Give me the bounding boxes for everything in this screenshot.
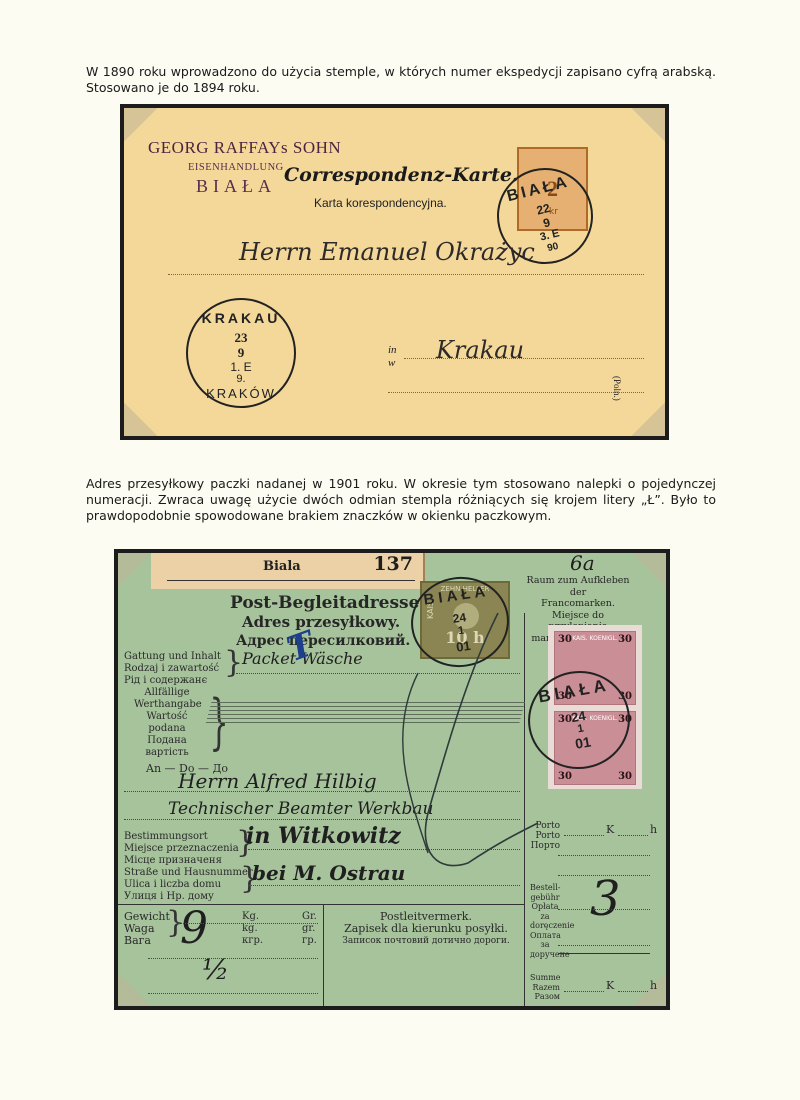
weight-handwriting: 9 <box>180 903 208 954</box>
w-label: w <box>388 357 397 370</box>
pencil-note: 6a <box>570 553 595 575</box>
unit-line: гр. <box>302 935 317 947</box>
label-line: Місце призначеня <box>124 855 239 867</box>
stamp-value: 30 <box>618 771 632 782</box>
currency-h: h <box>650 979 657 992</box>
brace: } <box>224 645 243 680</box>
address-line <box>168 274 644 275</box>
sum-rule <box>558 953 650 954</box>
unit-line: kg. <box>242 923 263 935</box>
parcel-card-mount: Biala 137 Post-Begleitadresse. Adres prz… <box>114 549 670 1010</box>
correspondence-postcard: GEORG RAFFAYs SOHN EISENHANDLUNG BIAŁA C… <box>124 108 665 436</box>
delivery-fee-labels: Bestell-gebühr Opłata za doręczenie Опла… <box>530 883 560 959</box>
label-line: Подана <box>134 735 200 747</box>
fee-dotline <box>558 909 650 910</box>
street-labels: Straße und Hausnummer Ulica i liczba dom… <box>124 867 253 903</box>
postmark-krakau-arrival: KRAKAU 23 9 1. E 9. KRAKÓW <box>186 298 296 408</box>
weight-dotline <box>178 923 318 924</box>
stamp-value: 30 <box>618 634 632 645</box>
label-line: Summe <box>530 973 560 983</box>
weight-labels: Gewicht Waga Вага <box>124 911 170 947</box>
label-place: Biala <box>263 559 301 574</box>
destination-handwriting: Krakau <box>436 336 524 364</box>
label-line: Rodzaj i zawartość <box>124 663 221 675</box>
routing-labels: Postleitvermerk. Zapisek dla kierunku po… <box>330 911 522 947</box>
currency-k: K <box>606 979 614 992</box>
label-line: Allfällige <box>134 687 200 699</box>
addressee-handwriting: Herrn Emanuel Okrażyc <box>239 238 535 266</box>
label-rule <box>167 580 415 581</box>
street-handwriting: bei M. Ostrau <box>252 861 405 885</box>
title-ukrainian: Адрес пересилковий. <box>236 633 410 649</box>
recipient-line-1: Herrn Alfred Hilbig <box>178 769 377 793</box>
mount-corner <box>609 108 665 164</box>
sender-name: GEORG RAFFAYs SOHN <box>148 138 341 158</box>
kg-units: Kg. kg. кгр. <box>242 911 263 947</box>
unit-line: gr. <box>302 923 317 935</box>
label-line: Bestimmungsort <box>124 831 239 843</box>
delivery-fee-handwriting: 3 <box>590 871 621 927</box>
label-line: Рід і содержанє <box>124 675 221 687</box>
postmark-month: 9 <box>188 345 294 361</box>
label-line: Razem <box>530 983 560 993</box>
postmark-town: KRAKAU <box>188 310 294 326</box>
fee-dotline <box>558 855 650 856</box>
unit-line: Gr. <box>302 911 317 923</box>
parcel-address-card: Biala 137 Post-Begleitadresse. Adres prz… <box>118 553 666 1006</box>
sender-city: BIAŁA <box>196 176 276 197</box>
affix-note-line: Francomarken. <box>526 598 630 610</box>
weight-dotline <box>148 958 318 959</box>
porto-dotline <box>564 835 604 836</box>
label-line: Zapisek dla kierunku posyłki. <box>330 923 522 935</box>
label-line: Miejsce przeznaczenia <box>124 843 239 855</box>
destination-labels: Bestimmungsort Miejsce przeznaczenia Міс… <box>124 831 239 867</box>
language-mark: (Poln.) <box>612 376 622 401</box>
card-title: Correspondenz-Karte. <box>284 164 519 186</box>
weight-dotline <box>148 993 318 994</box>
label-line: podana <box>134 723 200 735</box>
caption-1890-postmarks: W 1890 roku wprowadzono do użycia stempl… <box>86 64 716 96</box>
label-number: 137 <box>373 553 413 575</box>
stamp-value: 30 <box>558 634 572 645</box>
postmark-town-pl: KRAKÓW <box>188 386 294 401</box>
in-w-label: in w <box>388 344 397 370</box>
sender-business: EISENHANDLUNG <box>188 162 284 173</box>
label-line: Разом <box>530 992 560 1002</box>
postmark-year: 9. <box>188 373 294 385</box>
sum-dotline <box>564 991 604 992</box>
postmark-day: 23 <box>188 330 294 346</box>
title-polish: Adres przesyłkowy. <box>242 613 400 631</box>
unit-line: Kg. <box>242 911 263 923</box>
label-line: Straße und Hausnummer <box>124 867 253 879</box>
card-subtitle: Karta korespondencyjna. <box>314 196 447 210</box>
label-line: Wartość <box>134 711 200 723</box>
fee-dotline <box>558 945 650 946</box>
content-labels: Gattung und Inhalt Rodzaj i zawartość Рі… <box>124 651 221 687</box>
label-line: Вага <box>124 935 170 947</box>
stamp-value: 30 <box>558 771 572 782</box>
form-divider <box>323 904 324 1006</box>
unit-line: кгр. <box>242 935 263 947</box>
in-label: in <box>388 344 397 357</box>
postmark-time: 1. E <box>188 360 294 374</box>
title-german: Post-Begleitadresse. <box>230 593 425 613</box>
mount-corner <box>610 950 666 1006</box>
postcard-mount: GEORG RAFFAYs SOHN EISENHANDLUNG BIAŁA C… <box>120 104 669 440</box>
extra-line <box>388 392 644 393</box>
parcel-number-label: Biala 137 <box>151 553 425 589</box>
value-labels: Allfällige Werthangabe Wartość podana По… <box>134 687 200 759</box>
sum-labels: Summe Razem Разом <box>530 973 560 1002</box>
label-line: Werthangabe <box>134 699 200 711</box>
pencil-scribble <box>388 613 548 893</box>
label-line: Opłata za doręczenie <box>530 902 560 931</box>
label-line: Улиця і Нр. дому <box>124 891 253 903</box>
label-line: Записок почтовий дотично дороги. <box>330 935 522 947</box>
currency-h: h <box>650 823 657 836</box>
currency-k: K <box>606 823 614 836</box>
label-line: Ulica i liczba domu <box>124 879 253 891</box>
porto-dotline <box>618 835 648 836</box>
destination-line <box>404 358 644 359</box>
caption-1901-parcel-card: Adres przesyłkowy paczki nadanej w 1901 … <box>86 476 716 524</box>
label-line: вартість <box>134 747 200 759</box>
affix-note-line: Raum zum Aufkleben der <box>526 575 630 598</box>
gr-units: Gr. gr. гр. <box>302 911 317 947</box>
destination-handwriting: in Witkowitz <box>246 823 401 849</box>
sum-dotline <box>618 991 648 992</box>
mount-corner <box>124 380 180 436</box>
label-line: Оплата за доручене <box>530 931 560 960</box>
label-line: Gattung und Inhalt <box>124 651 221 663</box>
